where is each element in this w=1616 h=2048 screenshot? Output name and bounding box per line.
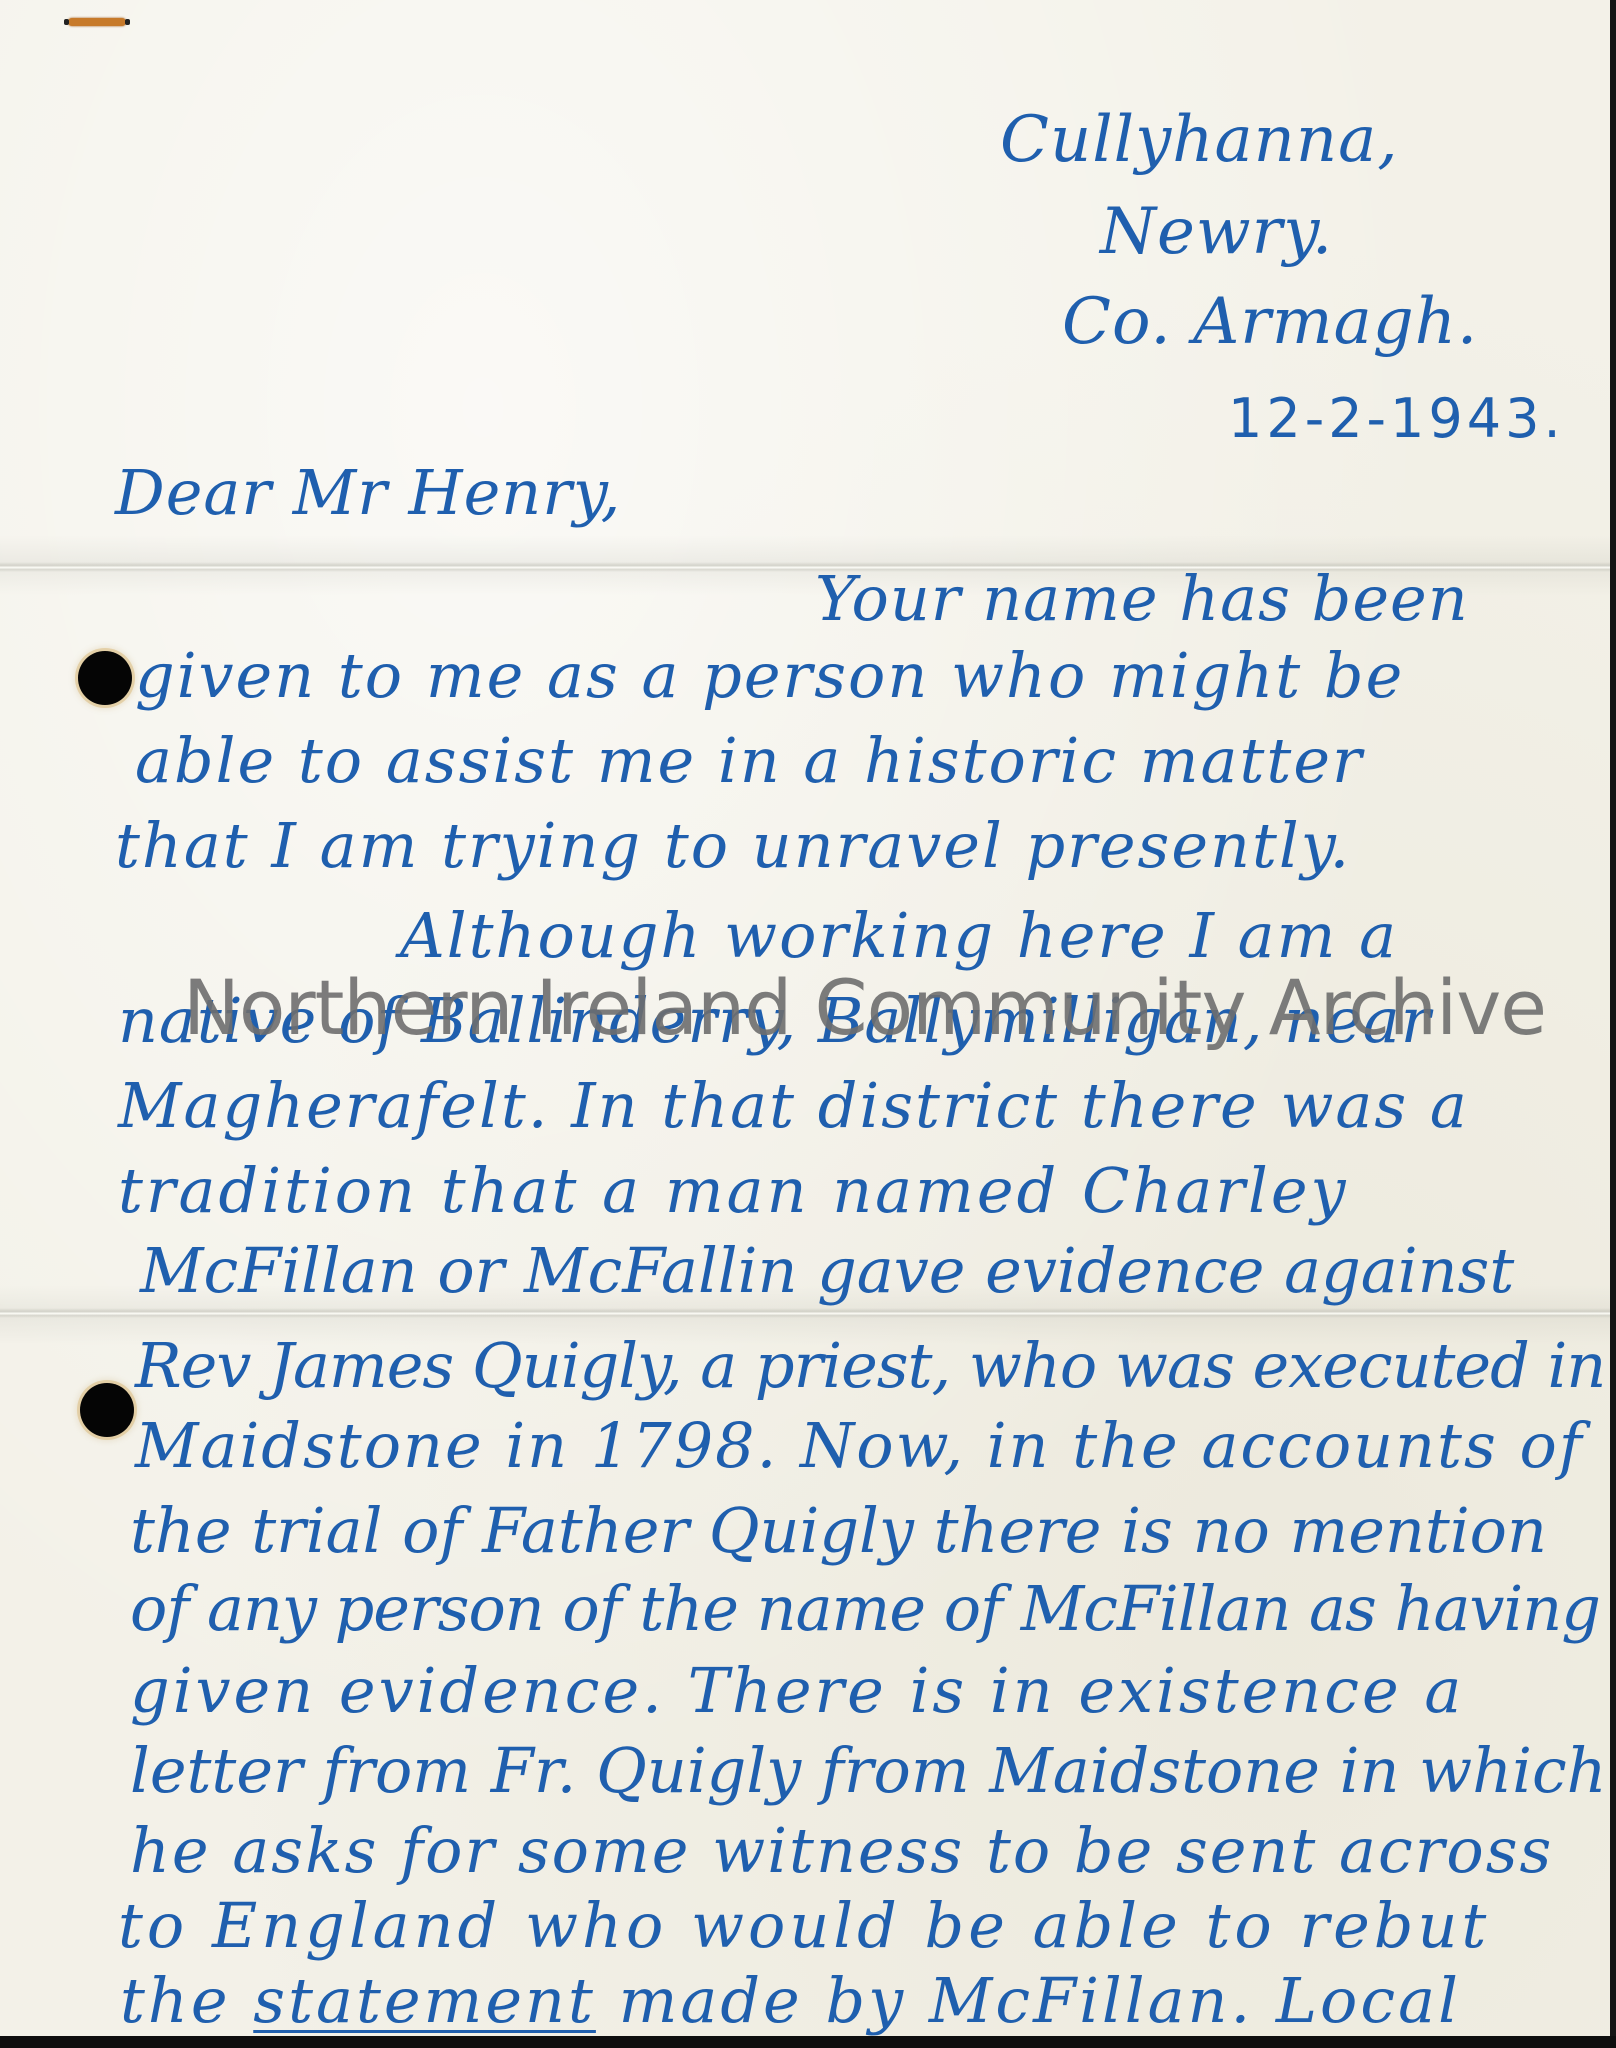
text-segment: the (120, 1964, 253, 2036)
underlined-word: statement (253, 1964, 596, 2036)
body-line: able to assist me in a historic matter (135, 730, 1364, 792)
body-line: given evidence. There is in existence a (130, 1660, 1464, 1722)
address-line-town: Cullyhanna, (1000, 108, 1399, 172)
body-line: Although working here I am a (400, 905, 1398, 967)
paper-fold-lower (0, 1308, 1610, 1318)
scan-edge-right (1610, 0, 1616, 2048)
punch-hole-upper (78, 651, 132, 705)
body-line: the trial of Father Quigly there is no m… (130, 1500, 1547, 1562)
address-line-county: Co. Armagh. (1062, 290, 1478, 354)
body-line: tradition that a man named Charley (118, 1160, 1349, 1222)
body-line: letter from Fr. Quigly from Maidstone in… (130, 1740, 1607, 1802)
body-line: given to me as a person who might be (135, 645, 1404, 707)
body-line-last: the statement made by McFillan. Local (120, 1970, 1461, 2032)
body-line: Your name has been (815, 568, 1469, 630)
body-line: Rev James Quigly, a priest, who was exec… (135, 1335, 1605, 1397)
salutation: Dear Mr Henry, (115, 462, 621, 524)
body-line: Magherafelt. In that district there was … (118, 1075, 1469, 1137)
rust-staple-mark (68, 18, 126, 26)
scan-edge-bottom (0, 2036, 1616, 2048)
body-line: to England who would be able to rebut (118, 1895, 1490, 1957)
body-line: he asks for some witness to be sent acro… (130, 1820, 1553, 1882)
body-line: Maidstone in 1798. Now, in the accounts … (135, 1415, 1584, 1477)
address-line-city: Newry. (1100, 200, 1333, 264)
letter-page: Cullyhanna, Newry. Co. Armagh. 12-2-1943… (0, 0, 1610, 2036)
body-line: of any person of the name of McFillan as… (130, 1578, 1600, 1640)
letter-date: 12-2-1943. (1228, 392, 1565, 446)
punch-hole-lower (80, 1383, 134, 1437)
archive-watermark: Northern Ireland Community Archive (183, 970, 1546, 1046)
text-segment: made by McFillan. Local (596, 1964, 1461, 2036)
body-line: that I am trying to unravel presently. (115, 815, 1351, 877)
body-line: McFillan or McFallin gave evidence again… (140, 1240, 1514, 1302)
